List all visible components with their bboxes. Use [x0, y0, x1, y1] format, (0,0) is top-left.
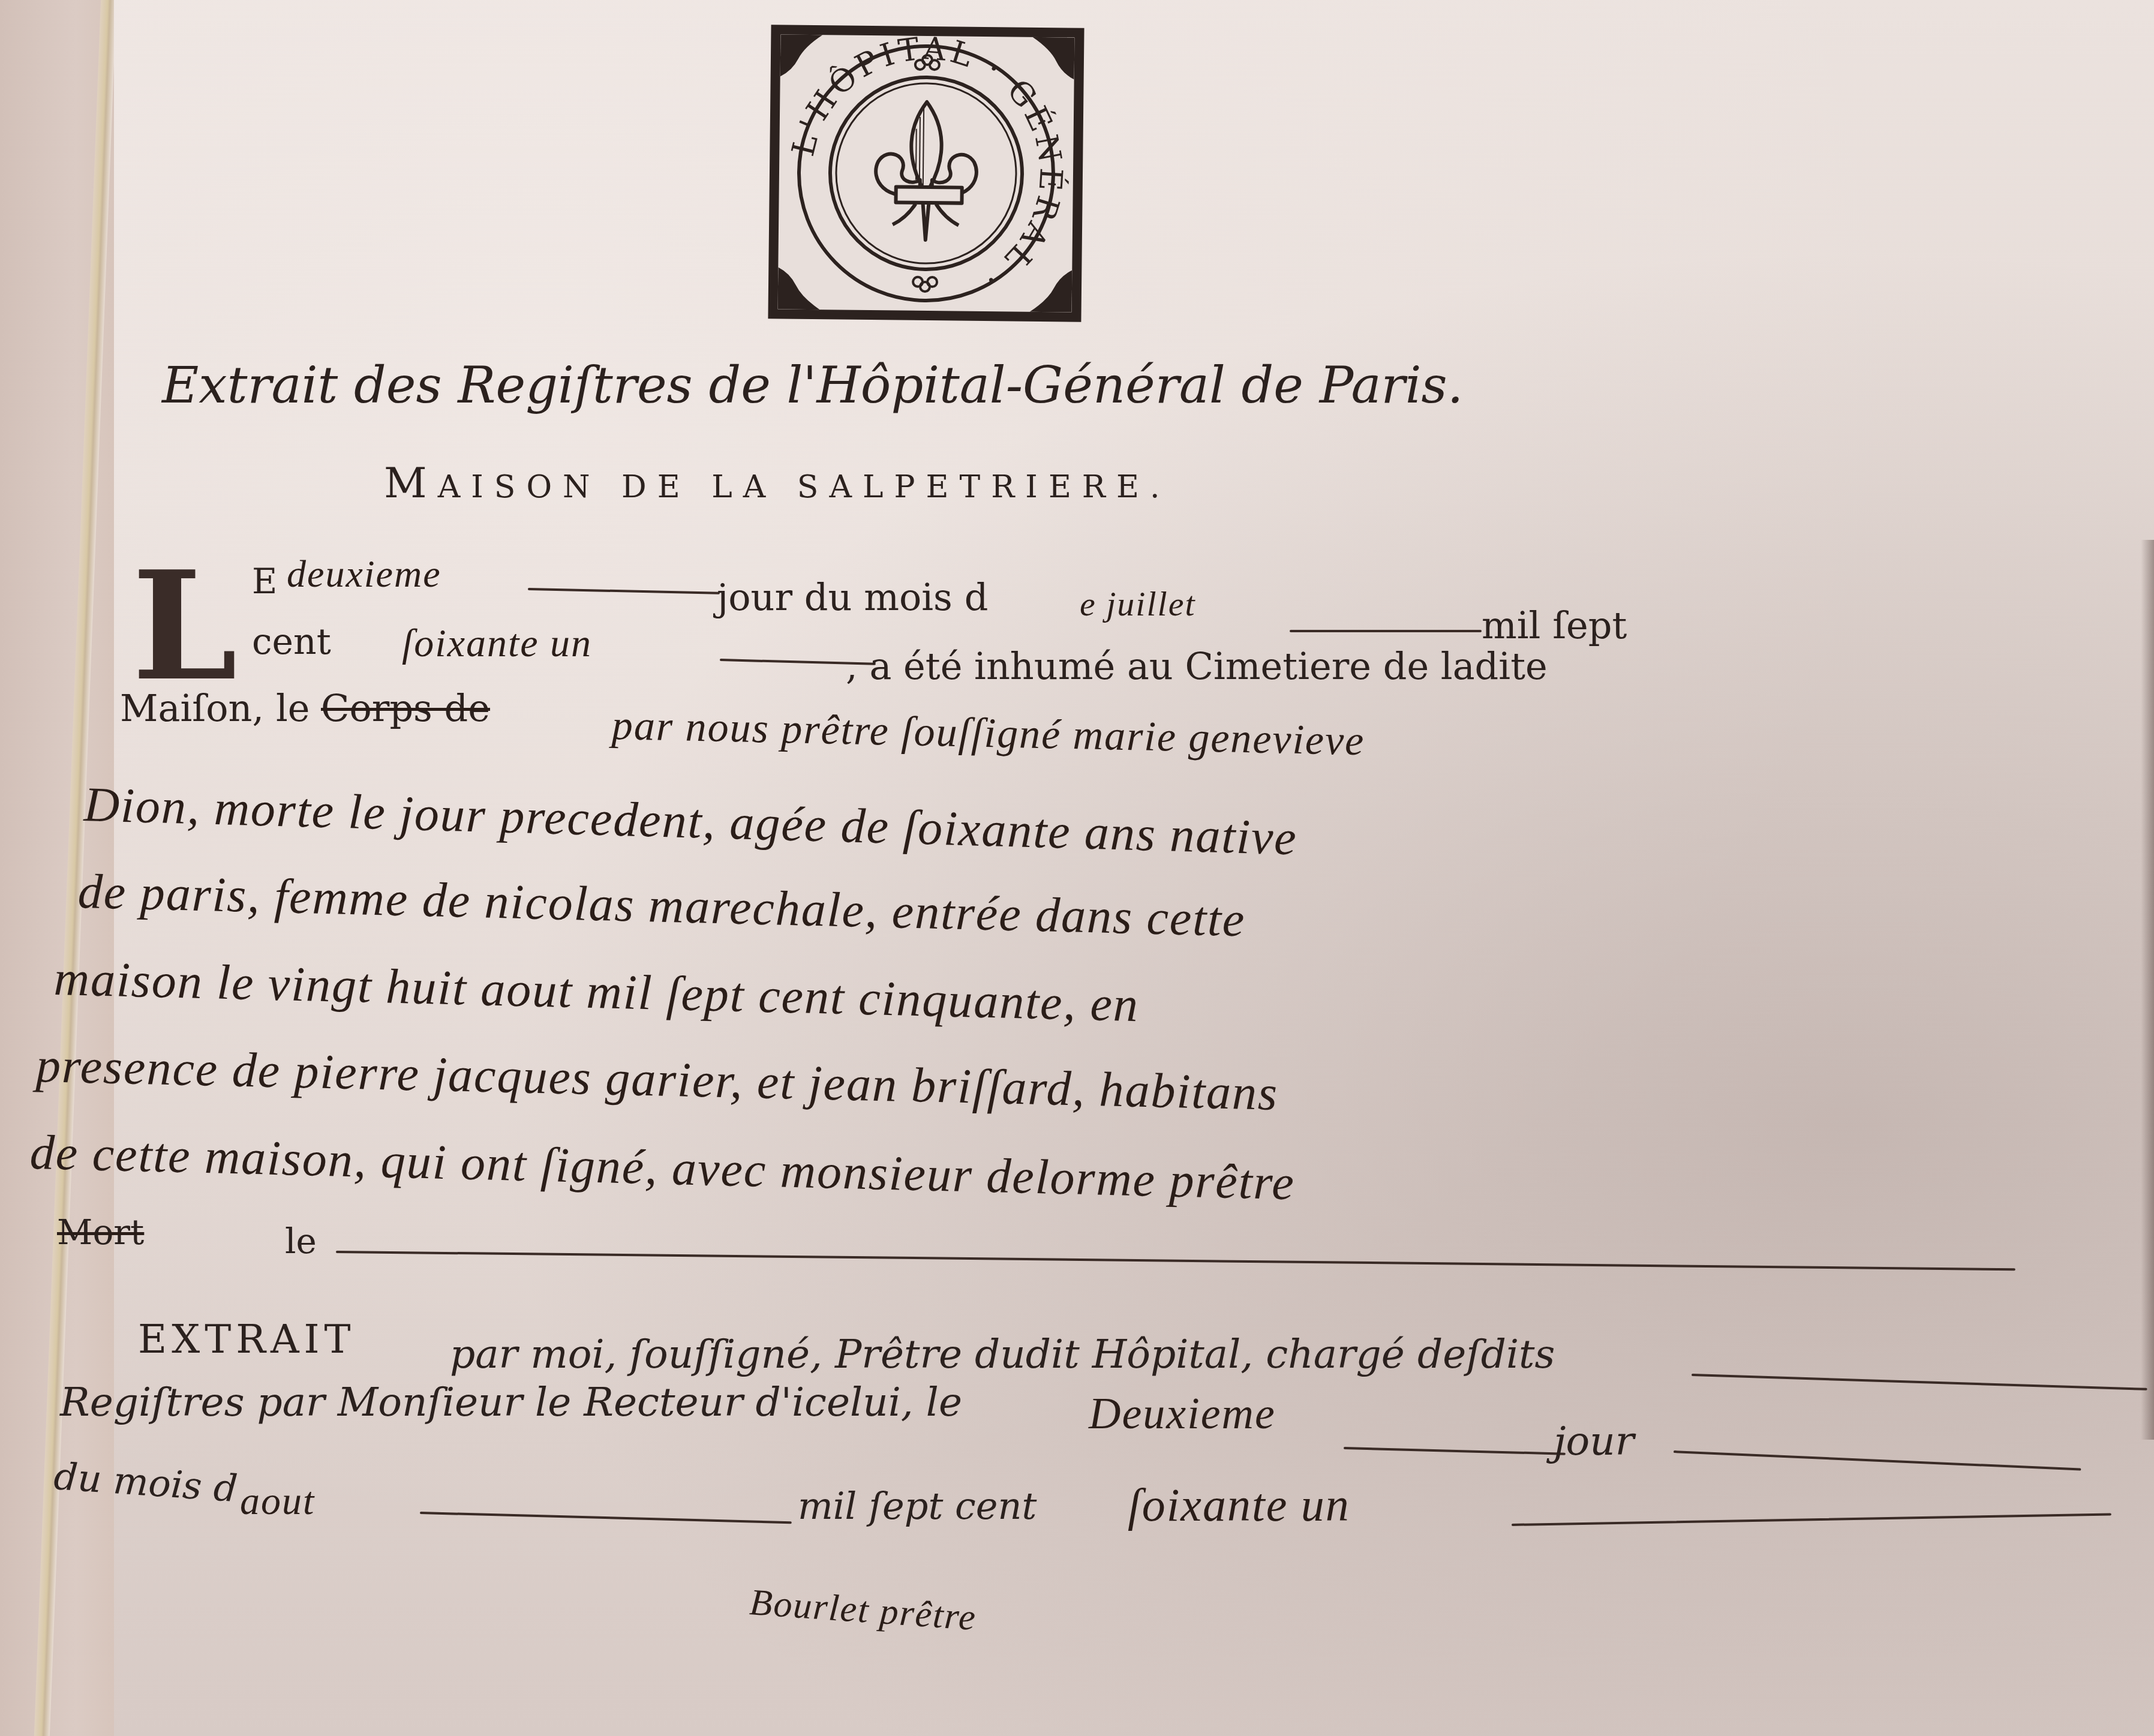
page-right-edge-shadow [2141, 540, 2154, 1440]
handwritten-extract-year: ſoixante un [1128, 1482, 1350, 1528]
printed-extrait: EXTRAIT [138, 1320, 356, 1359]
fleur-de-lis-icon: L'HÔPITAL · GÉNÉRAL · [778, 34, 1075, 312]
struck-corps-de: Corps de [321, 690, 490, 727]
subtitle-initial: M [384, 458, 438, 507]
handwritten-month: e juillet [1080, 587, 1196, 621]
burial-register-extract-page [114, 0, 2154, 1736]
printed-jour-du-mois: jour du mois d [717, 579, 988, 616]
printed-cent: cent [252, 624, 331, 660]
printed-mil-sept-cent: mil ſept cent [798, 1488, 1037, 1525]
document-scan: L'HÔPITAL · GÉNÉRAL · [0, 0, 2154, 1736]
handwritten-extract-month: aout [240, 1482, 315, 1521]
printed-mil-sept: mil ſept [1482, 607, 1627, 644]
document-subtitle: MAISON DE LA SALPETRIERE. [384, 462, 1171, 504]
struck-mort: Mort [57, 1215, 144, 1250]
handwritten-extract-day: Deuxieme [1089, 1392, 1276, 1436]
handwritten-year: ſoixante un [402, 624, 592, 663]
printed-le: le [285, 1224, 317, 1259]
printed-inhume: , a été inhumé au Cimetiere de ladite [846, 648, 1548, 685]
printed-extract-line-2: Regiſtres par Monſieur le Recteur d'icel… [60, 1383, 962, 1422]
document-title: Extrait des Regiſtres de l'Hôpital-Génér… [162, 360, 1463, 410]
printed-le: E [252, 564, 277, 599]
handwritten-day: deuxieme [287, 555, 441, 593]
drop-cap: L [132, 551, 238, 701]
printed-jour: jour [1554, 1422, 1634, 1461]
fill-line [1290, 630, 1482, 632]
printed-extract-line-1: par moi, ſouſſigné, Prêtre dudit Hôpital… [450, 1335, 1555, 1374]
subtitle-rest: AISON DE LA SALPETRIERE. [438, 469, 1171, 505]
hopital-general-seal: L'HÔPITAL · GÉNÉRAL · [768, 25, 1084, 322]
printed-maison-le: Maiſon, le [120, 690, 310, 727]
